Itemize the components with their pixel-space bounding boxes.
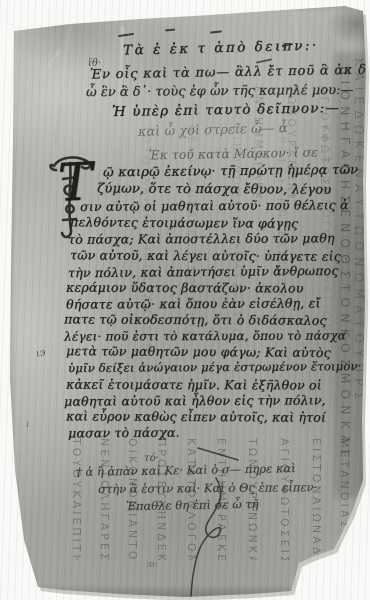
margin-mark: ι xyxy=(26,420,30,430)
text-line: πατε τῷ οἰκοδεσπότῃ, ὅτι ὁ διδάσκαλος xyxy=(64,313,327,327)
parchment-leaf: ΒΙΟΝΗΓΑΠΗΣΕΝΟΘΣΤΟΝΚΟΣΜΟΝΚΑΙ ΚΑΙΕΔΩΚΕΝΑΥΤ… xyxy=(0,0,370,600)
rubric-line: Ἐν οἷς καὶ τὰ πω— ἃλλ ἔτ ποῦ ἃ ἀκ δὲ xyxy=(90,63,370,83)
bottom-mark: :ο: xyxy=(146,560,157,570)
margin-mark: ϊθ· xyxy=(88,58,101,69)
text-line: ζύμων, ὅτε τὸ πάσχα ἔθυον, λέγου xyxy=(97,182,331,196)
pen-flourish xyxy=(170,440,260,600)
crease-line xyxy=(1,49,61,125)
underwriting-column: ΑΓΙΟΥΦΩΤΟΣΕΙΣΤΟΝΟΙΚΟΝ xyxy=(278,438,291,560)
rubric-line: ὦ ἓν ἃ δ᾽· τοὺς ἑφ ὧν τῆς καμηλέ μου:— xyxy=(86,83,353,100)
abbreviation-stroke xyxy=(256,58,272,63)
gospel-rubric: Ἐκ τοῦ κατὰ Μάρκον· ἴ σε xyxy=(149,145,318,163)
text-line: σιν αὐτῷ οἱ μαθηταὶ αὐτοῦ· ποῦ θέλεις ἀ xyxy=(80,199,349,213)
rubric-line: καὶ ὦ χοὶ στρεῖε ὦ— ἆ xyxy=(138,121,288,140)
text-line: λέγει· ποῦ ἐστι τὸ κατάλυμα, ὅπου τὸ πάσ… xyxy=(64,330,346,343)
abbreviation-stroke xyxy=(165,29,175,32)
text-line: θήσατε αὐτῷ· καὶ ὅπου ἐὰν εἰσέλθῃ, εἴ xyxy=(66,297,321,311)
text-line: τῶν αὐτοῦ, καὶ λέγει αὐτοῖς· ὑπάγετε εἰς xyxy=(70,249,341,263)
text-line: τὴν πόλιν, καὶ ἀπαντήσει ὑμῖν ἄνθρωπος xyxy=(68,265,339,280)
text-line: ὑμῖν δείξει ἀνώγαιον μέγα ἐστρωμένον ἕτο… xyxy=(68,361,362,375)
text-line: ῷ καιρῷ ἐκείνῳ· τῇ πρώτῃ ἡμέρᾳ τῶν xyxy=(103,164,358,180)
text-line: καὶ εὗρον καθὼς εἶπεν αὐτοῖς, καὶ ἡτοί xyxy=(66,410,326,424)
margin-mark: ι϶ xyxy=(35,347,47,360)
underwriting-column: ΕΙΣΤΟΝΑΙΩΝΑΔΕΞΙΩΝΜΟΥ xyxy=(310,438,323,560)
underwriting-column: ΤΟΥΘΥΚΑΙΕΠΙΤΗΝΕΚΚΛΗΣΙΑΝ xyxy=(70,438,83,560)
text-line: κἀκεῖ ἑτοιμάσατε ἡμῖν. Καὶ ἐξῆλθον οἱ xyxy=(66,379,322,392)
rubric-line: Ἡ ὑπὲρ ἐπὶ ταυτὸ δεῖπνον:— xyxy=(112,100,340,120)
underwriting-column: ΝΕΝΤΟΛΗΓΑΡΕΣΤΙΝΑΓΑΠΗΣ xyxy=(98,438,111,560)
manuscript-photo: ΒΙΟΝΗΓΑΠΗΣΕΝΟΘΣΤΟΝΚΟΣΜΟΝΚΑΙ ΚΑΙΕΔΩΚΕΝΑΥΤ… xyxy=(0,0,370,600)
addendum-mark: τό· xyxy=(144,453,159,464)
text-line: κεράμιον ὕδατος βαστάζων· ἀκολου xyxy=(66,282,304,295)
text-line: πελθόντες ἑτοιμάσωμεν ἵνα φάγῃς xyxy=(70,216,298,230)
crease-line xyxy=(54,20,71,144)
abbreviation-stroke xyxy=(210,30,222,33)
text-line: μαθηταὶ αὐτοῦ καὶ ἦλθον εἰς τὴν πόλιν, xyxy=(64,394,326,408)
text-line: μετὰ τῶν μαθητῶν μου φάγω; Καὶ αὐτὸς xyxy=(66,345,331,359)
underwriting-column: ΒΙΟΝΗΓΑΠΗΣΕΝΟΘΣΤΟΝΚΟΣΜΟΝΚΑΙ xyxy=(338,66,353,496)
text-line: μασαν τὸ πάσχα. xyxy=(68,427,180,440)
text-line: τὸ πάσχα; Καὶ ἀποστέλλει δύο τῶν μαθη xyxy=(68,232,335,246)
